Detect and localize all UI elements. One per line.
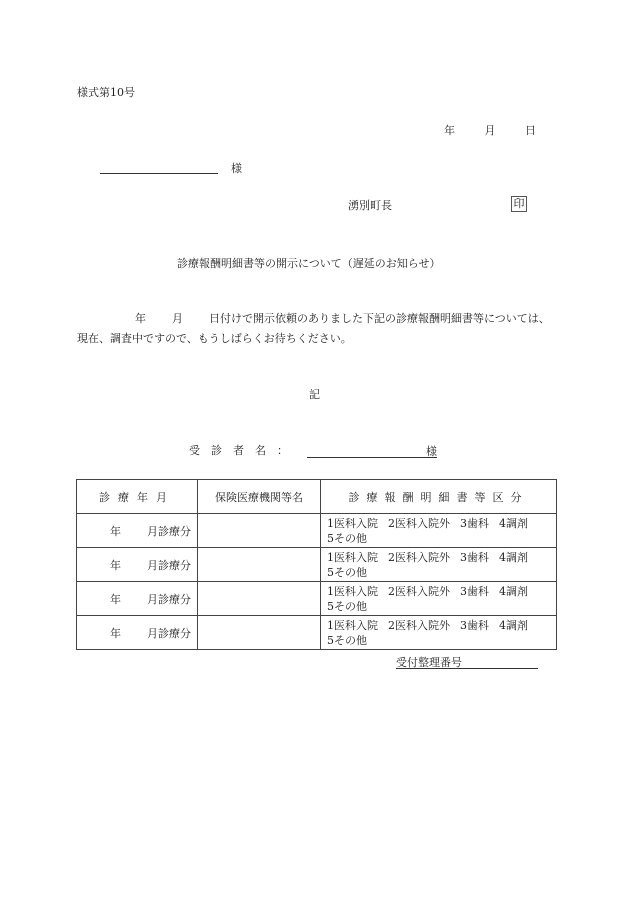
treatment-month-cell[interactable]: 年月診療分	[77, 616, 198, 650]
document-title: 診療報酬明細書等の開示について（遅延のお知らせ）	[177, 255, 440, 271]
form-number: 様式第10号	[77, 84, 135, 100]
seal-mark: 印	[511, 196, 527, 212]
header-category: 診療報酬明細書等区分	[321, 480, 557, 514]
category-cell[interactable]: 1医科入院2医科入院外3歯科4調剤5その他	[321, 582, 557, 616]
body-paragraph: 年月日付けで開示依頼のありました下記の診療報酬明細書等については、現在、調査中で…	[77, 309, 557, 349]
treatment-month-cell[interactable]: 年月診療分	[77, 514, 198, 548]
treatment-month-cell[interactable]: 年月診療分	[77, 582, 198, 616]
institution-cell[interactable]	[198, 616, 321, 650]
table-row: 年月診療分 1医科入院2医科入院外3歯科4調剤5その他	[77, 582, 557, 616]
addressee-honorific: 様	[231, 160, 242, 176]
sender-title: 湧別町長	[348, 197, 392, 213]
institution-cell[interactable]	[198, 548, 321, 582]
date-day: 日	[525, 122, 536, 138]
date-month: 月	[485, 122, 496, 138]
body-year: 年	[135, 312, 146, 325]
patient-name-label: 受診者名：	[189, 442, 299, 458]
records-table: 診療年月 保険医療機関等名 診療報酬明細書等区分 年月診療分 1医科入院2医科入…	[76, 479, 557, 650]
patient-name-line[interactable]: 様	[307, 443, 437, 458]
category-cell[interactable]: 1医科入院2医科入院外3歯科4調剤5その他	[321, 616, 557, 650]
category-cell[interactable]: 1医科入院2医科入院外3歯科4調剤5その他	[321, 548, 557, 582]
header-treatment-month: 診療年月	[77, 480, 198, 514]
addressee-name-line[interactable]	[100, 173, 218, 174]
ki-heading: 記	[309, 386, 320, 402]
table-header-row: 診療年月 保険医療機関等名 診療報酬明細書等区分	[77, 480, 557, 514]
table-row: 年月診療分 1医科入院2医科入院外3歯科4調剤5その他	[77, 514, 557, 548]
institution-cell[interactable]	[198, 582, 321, 616]
date-year: 年	[444, 122, 455, 138]
receipt-number-field[interactable]: 受付整理番号	[396, 654, 538, 669]
institution-cell[interactable]	[198, 514, 321, 548]
header-institution: 保険医療機関等名	[198, 480, 321, 514]
patient-honorific: 様	[426, 445, 437, 458]
receipt-number-label: 受付整理番号	[396, 656, 462, 669]
treatment-month-cell[interactable]: 年月診療分	[77, 548, 198, 582]
body-text: 日付けで開示依頼のありました下記の診療報酬明細書等については、現在、調査中ですの…	[77, 312, 550, 345]
body-month: 月	[172, 312, 183, 325]
category-cell[interactable]: 1医科入院2医科入院外3歯科4調剤5その他	[321, 514, 557, 548]
table-row: 年月診療分 1医科入院2医科入院外3歯科4調剤5その他	[77, 548, 557, 582]
table-row: 年月診療分 1医科入院2医科入院外3歯科4調剤5その他	[77, 616, 557, 650]
date-field: 年 月 日	[444, 122, 536, 138]
